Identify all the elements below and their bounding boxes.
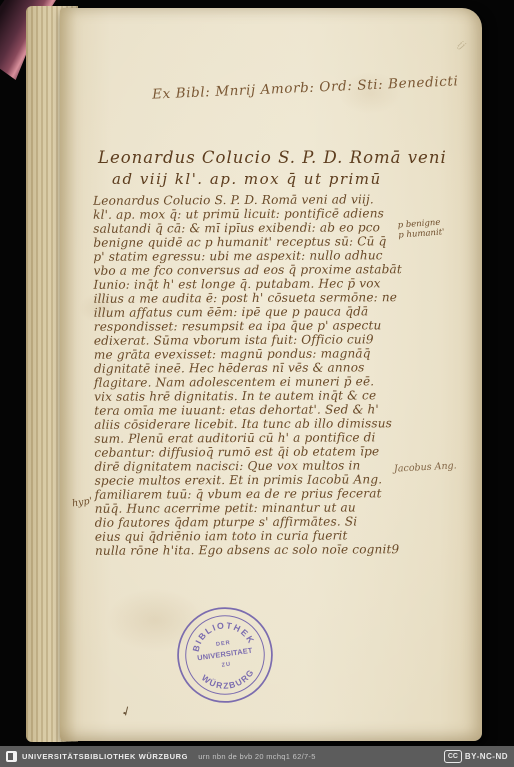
letter-heading: Leonardus Colucio S. P. D. Romā veni ad … xyxy=(98,148,447,188)
library-stamp: BIBLIOTHEK DER UNIVERSITAET ZU WÜRZBURG xyxy=(167,597,282,712)
margin-note-line: p humanit' xyxy=(398,227,445,240)
margin-note-jacobus: Jacobus Ang. xyxy=(394,460,457,474)
manuscript-text-line: nulla rōne h'ita. Ego absens ac solo noī… xyxy=(95,542,404,558)
footer-institution-block: UNIVERSITÄTSBIBLIOTHEK WÜRZBURG xyxy=(6,751,188,762)
manuscript-page[interactable]: Ex Bibl: Mnrij Amorb: Ord: Sti: Benedict… xyxy=(60,8,482,741)
stamp-text-der: DER xyxy=(216,640,232,648)
scan-area: Ex Bibl: Mnrij Amorb: Ord: Sti: Benedict… xyxy=(0,0,514,767)
folio-mark: ij xyxy=(455,39,467,52)
heading-line: Leonardus Colucio S. P. D. Romā veni xyxy=(98,148,447,167)
margin-note-left: hyp' xyxy=(71,496,93,510)
heading-line: ad viij kl'. ap. mox q̄ ut primū xyxy=(98,170,447,188)
cc-icon: CC xyxy=(444,750,462,763)
ex-libris-inscription: Ex Bibl: Mnrij Amorb: Ord: Sti: Benedict… xyxy=(152,73,459,102)
footer-identifier: urn nbn de bvb 20 mchq1 62/7-5 xyxy=(198,752,315,761)
library-logo-icon xyxy=(6,751,17,762)
manuscript-text-block: Leonardus Colucio S. P. D. Romā veni ad … xyxy=(93,192,403,558)
footer-institution-label: UNIVERSITÄTSBIBLIOTHEK WÜRZBURG xyxy=(22,752,188,761)
margin-note-right: p benigne p humanit' xyxy=(397,217,444,240)
footer-bar: UNIVERSITÄTSBIBLIOTHEK WÜRZBURG urn nbn … xyxy=(0,746,514,767)
manuscript-text-line: dio fautores q̄dam pturpe s' affirmātes.… xyxy=(95,514,404,530)
ink-mark xyxy=(125,707,132,717)
scan-viewer: { "scan": { "background_color": "#050505… xyxy=(0,0,514,767)
manuscript-text-line: familiarem tuū: q̄ vbum ea de re prius f… xyxy=(95,486,404,502)
stamp-text-zu: ZU xyxy=(221,661,231,668)
cc-license-badge: CC BY-NC-ND xyxy=(444,750,508,763)
cc-license-label: BY-NC-ND xyxy=(465,752,508,761)
stamp-text-universitaet: UNIVERSITAET xyxy=(197,646,254,663)
